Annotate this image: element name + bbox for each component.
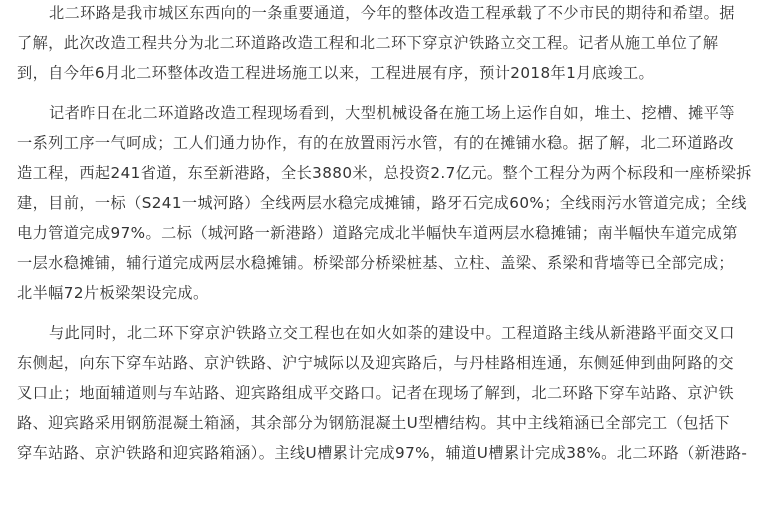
text-line: 了解，此次改造工程共分为北二环道路改造工程和北二环下穿京沪铁路立交工程。记者从施… (17, 28, 762, 58)
text-line: 北二环路是我市城区东西向的一条重要通道，今年的整体改造工程承载了不少市民的期待和… (17, 0, 762, 28)
text-line: 一层水稳摊铺，辅行道完成两层水稳摊铺。桥梁部分桥梁桩基、立柱、盖梁、系梁和背墙等… (17, 248, 762, 278)
text-line: 与此同时，北二环下穿京沪铁路立交工程也在如火如荼的建设中。工程道路主线从新港路平… (17, 318, 762, 348)
text-line: 造工程，西起241省道，东至新港路，全长3880米，总投资2.7亿元。整个工程分… (17, 158, 762, 188)
text-line: 建，目前，一标（S241一城河路）全线两层水稳完成摊铺，路牙石完成60%；全线雨… (17, 188, 762, 218)
text-line: 叉口止；地面辅道则与车站路、迎宾路组成平交路口。记者在现场了解到，北二环路下穿车… (17, 378, 762, 408)
paragraph-intro: 北二环路是我市城区东西向的一条重要通道，今年的整体改造工程承载了不少市民的期待和… (17, 0, 762, 88)
text-line: 路、迎宾路采用钢筋混凝土箱涵，其余部分为钢筋混凝土U型槽结构。其中主线箱涵已全部… (17, 408, 762, 438)
text-line: 到，自今年6月北二环整体改造工程进场施工以来，工程进展有序，预计2018年1月底… (17, 58, 762, 88)
text-line: 东侧起，向东下穿车站路、京沪铁路、沪宁城际以及迎宾路后，与丹桂路相连通，东侧延伸… (17, 348, 762, 378)
text-line: 电力管道完成97%。二标（城河路一新港路）道路完成北半幅快车道两层水稳摊铺；南半… (17, 218, 762, 248)
paragraph-road-progress: 记者昨日在北二环道路改造工程现场看到，大型机械设备在施工场上运作自如，堆土、挖槽… (17, 98, 762, 308)
text-line: 北半幅72片板梁架设完成。 (17, 278, 762, 308)
text-line: 一系列工序一气呵成；工人们通力协作，有的在放置雨污水管，有的在摊铺水稳。据了解，… (17, 128, 762, 158)
text-line: 穿车站路、京沪铁路和迎宾路箱涵）。主线U槽累计完成97%，辅道U槽累计完成38%… (17, 438, 762, 468)
text-line: 记者昨日在北二环道路改造工程现场看到，大型机械设备在施工场上运作自如，堆土、挖槽… (17, 98, 762, 128)
article-body: 北二环路是我市城区东西向的一条重要通道，今年的整体改造工程承载了不少市民的期待和… (17, 0, 762, 478)
paragraph-railway-underpass: 与此同时，北二环下穿京沪铁路立交工程也在如火如荼的建设中。工程道路主线从新港路平… (17, 318, 762, 468)
